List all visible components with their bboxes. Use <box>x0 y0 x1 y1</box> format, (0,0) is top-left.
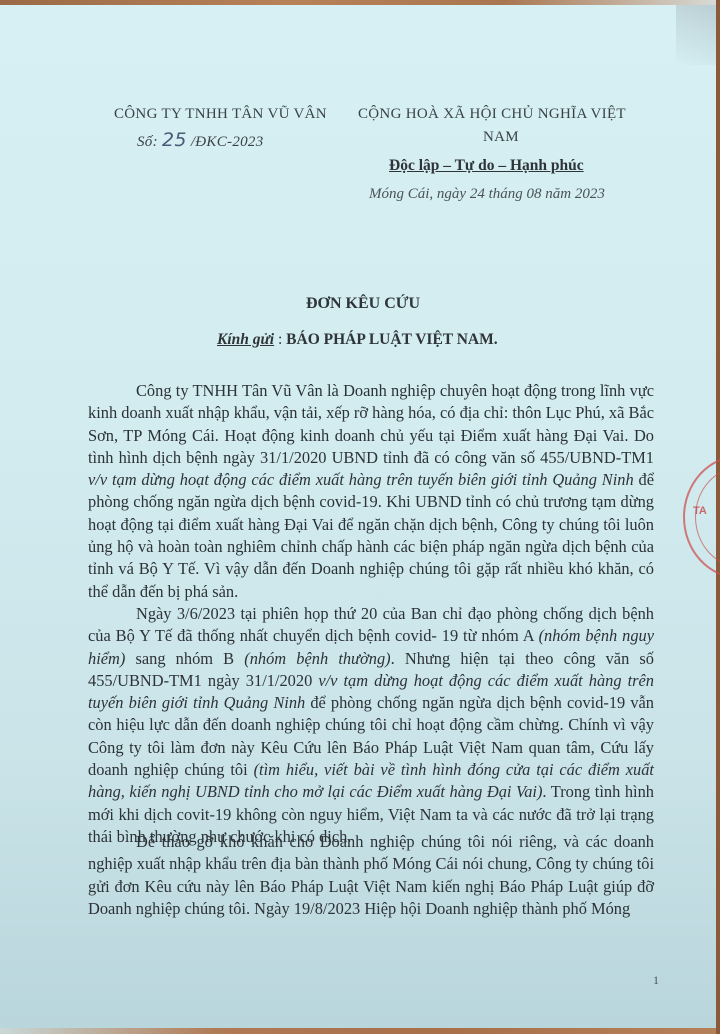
motto: Độc lập – Tự do – Hạnh phúc <box>389 157 584 175</box>
paragraph-3-text: Để tháo gỡ khó khăn cho Doanh nghiệp chú… <box>88 831 654 920</box>
italic-text-run: v/v tạm dừng hoạt động các điểm xuất hàn… <box>88 470 634 489</box>
national-title-line2: NAM <box>483 129 519 146</box>
doc-number-suffix: /ĐKC-2023 <box>191 134 264 150</box>
national-title-line1: CỘNG HOÀ XÃ HỘI CHỦ NGHĨA VIỆT <box>358 106 626 123</box>
stamp-text: TA <box>693 505 707 517</box>
stamp-inner-ring <box>695 467 720 567</box>
page-shadow <box>676 5 716 65</box>
recipient-label: Kính gửi <box>217 331 274 348</box>
document-title: ĐƠN KÊU CỨU <box>306 295 420 313</box>
text-run: để phòng chống ngăn ngừa dịch bệnh covid… <box>88 470 654 600</box>
document-number: Số: 25 /ĐKC-2023 <box>137 129 264 151</box>
italic-text-run: (nhóm bệnh thường) <box>244 649 390 668</box>
text-run: sang nhóm B <box>125 649 244 668</box>
paragraph-2: Ngày 3/6/2023 tại phiên họp thứ 20 của B… <box>88 603 654 848</box>
recipient-line: Kính gửi : BÁO PHÁP LUẬT VIỆT NAM. <box>217 331 498 349</box>
doc-number-prefix: Số: <box>137 134 158 150</box>
page-number: 1 <box>653 973 659 988</box>
company-stamp: TA <box>683 455 720 579</box>
paragraph-1-text: Công ty TNHH Tân Vũ Vân là Doanh nghiệp … <box>88 380 654 603</box>
company-name: CÔNG TY TNHH TÂN VŨ VÂN <box>114 106 327 123</box>
paragraph-1: Công ty TNHH Tân Vũ Vân là Doanh nghiệp … <box>88 380 654 603</box>
recipient-separator: : <box>274 331 286 348</box>
doc-number-handwritten: 25 <box>162 129 187 151</box>
paragraph-2-text: Ngày 3/6/2023 tại phiên họp thứ 20 của B… <box>88 603 654 848</box>
text-run: Để tháo gỡ khó khăn cho Doanh nghiệp chú… <box>88 832 654 918</box>
paragraph-3: Để tháo gỡ khó khăn cho Doanh nghiệp chú… <box>88 831 654 920</box>
text-run: Công ty TNHH Tân Vũ Vân là Doanh nghiệp … <box>88 381 654 467</box>
recipient-name: BÁO PHÁP LUẬT VIỆT NAM. <box>286 331 497 348</box>
document-page: CÔNG TY TNHH TÂN VŨ VÂN Số: 25 /ĐKC-2023… <box>0 5 716 1028</box>
place-date: Móng Cái, ngày 24 tháng 08 năm 2023 <box>369 186 605 203</box>
